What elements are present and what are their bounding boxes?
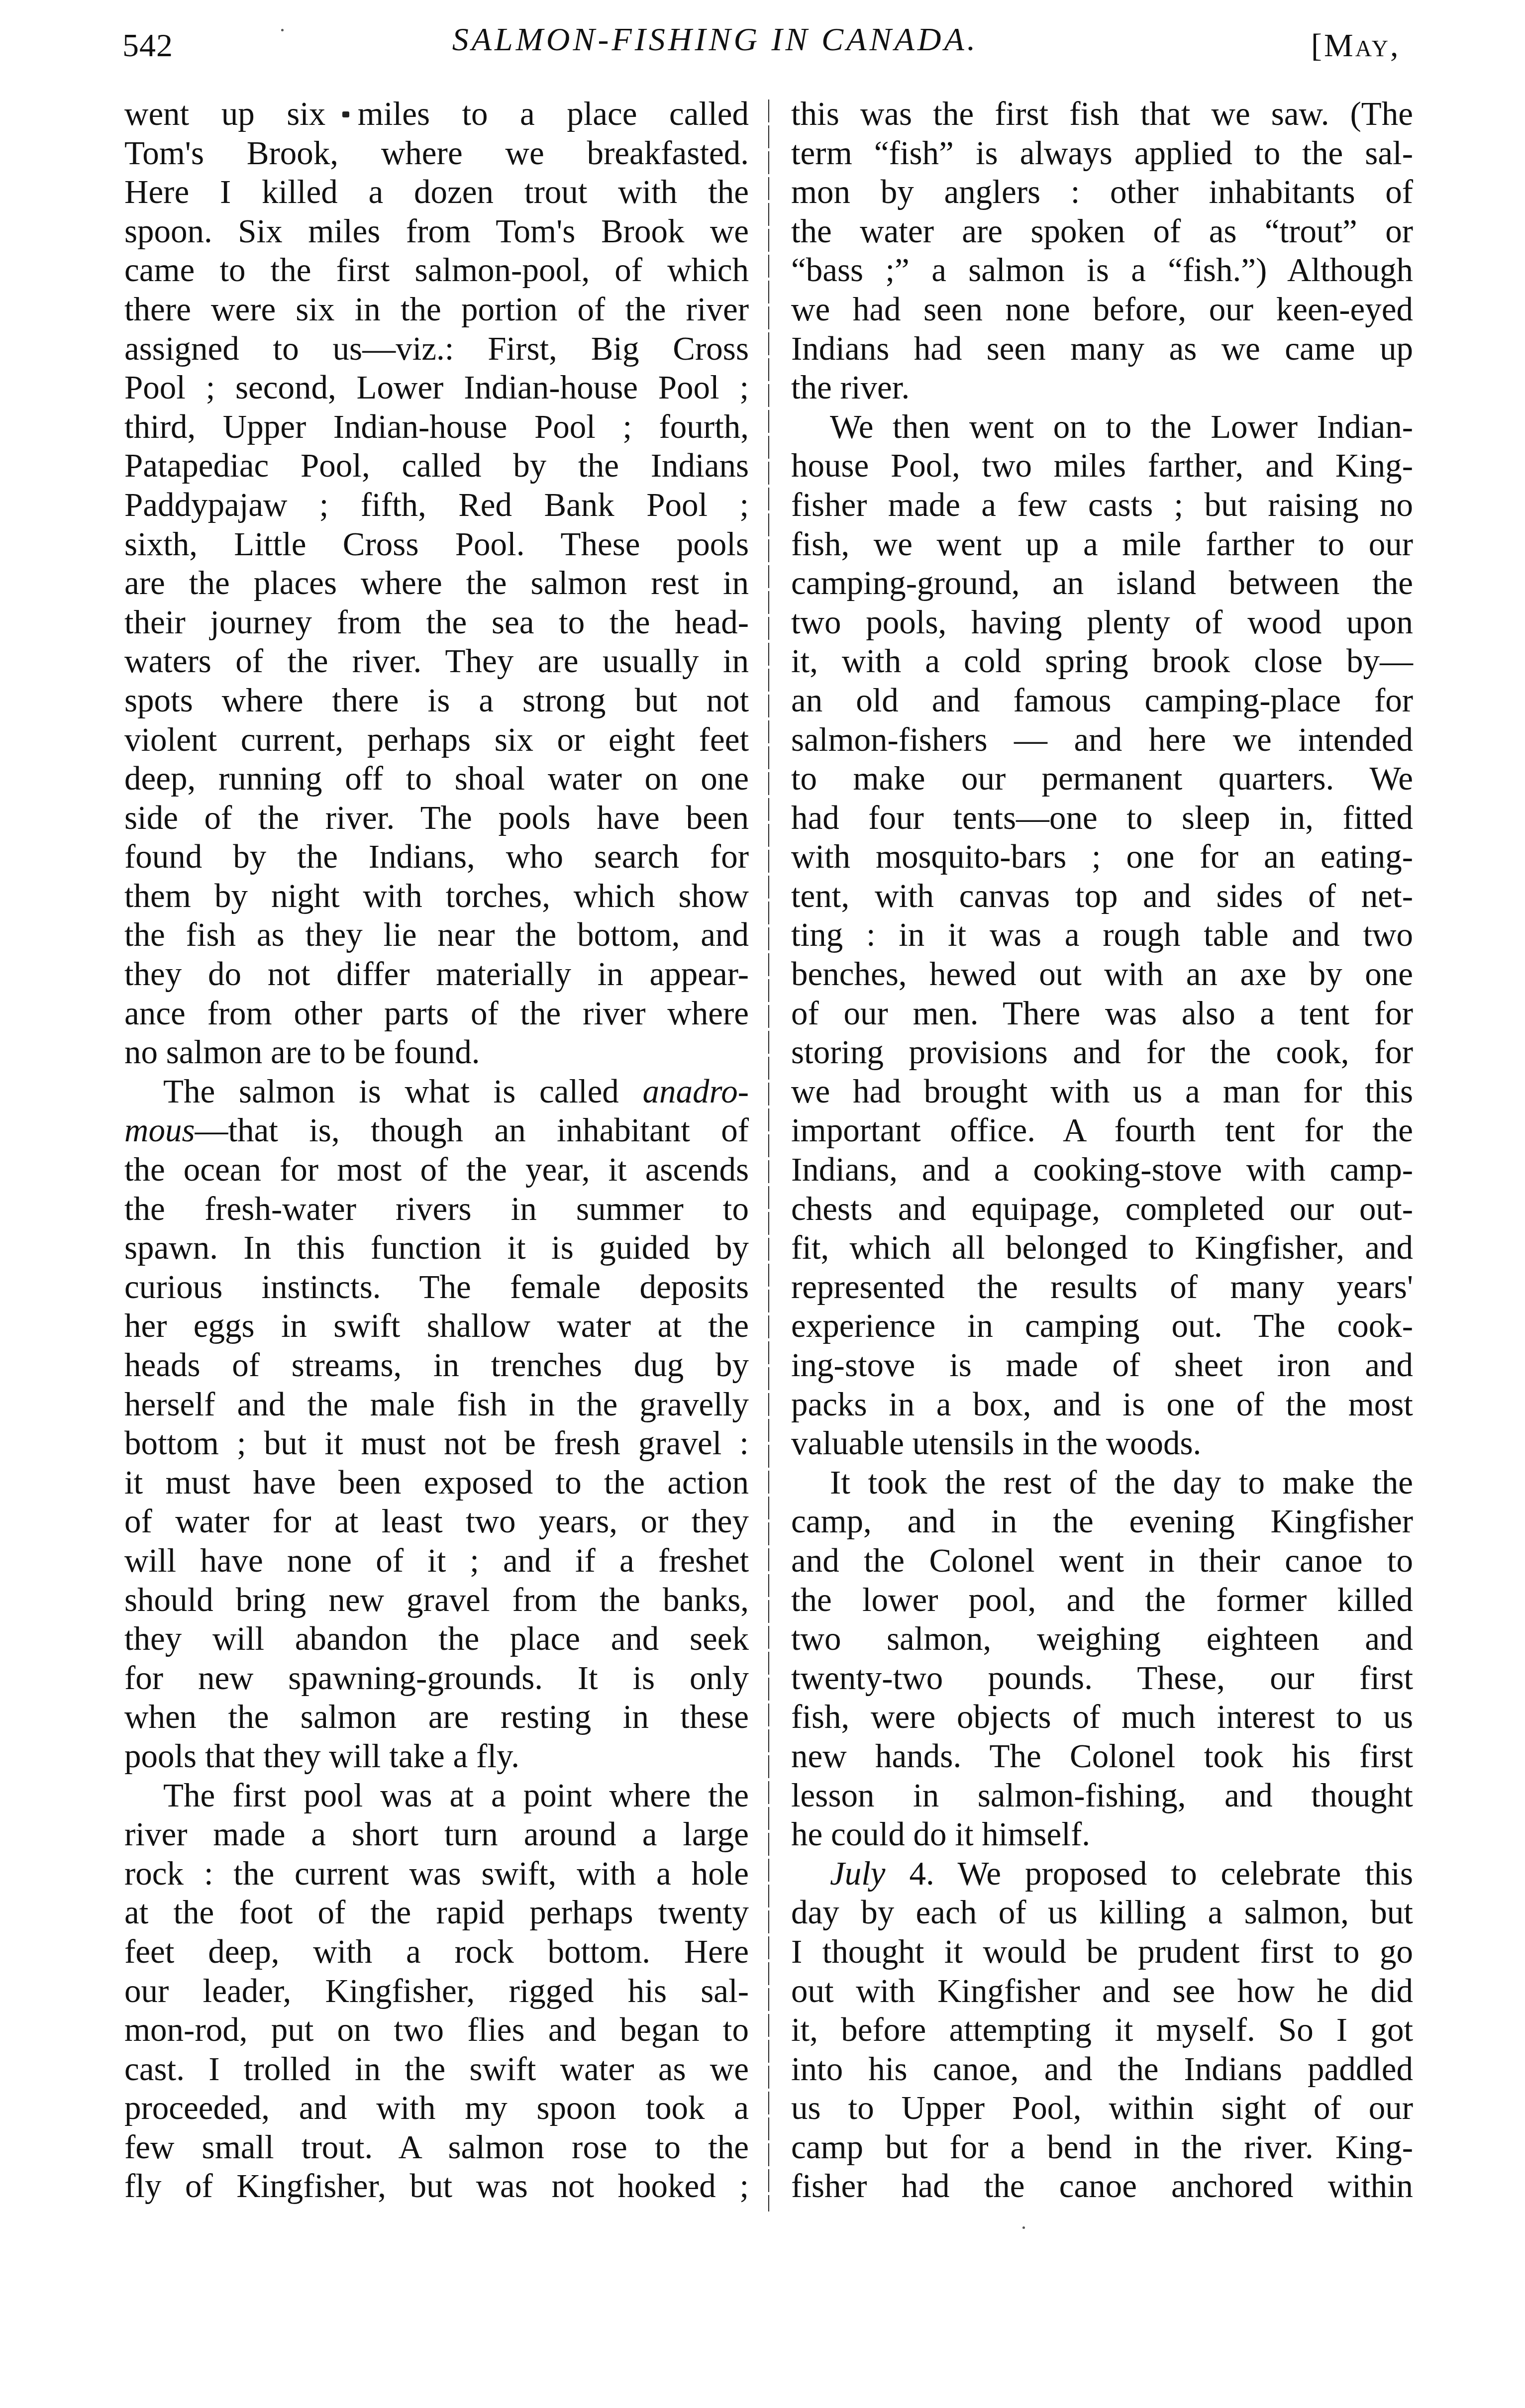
text-line: lesson in salmon-fishing, and thought bbox=[791, 1776, 1413, 1815]
text-line: The first pool was at a point where the bbox=[124, 1776, 749, 1815]
text-line: fisher had the canoe anchored within bbox=[791, 2167, 1413, 2206]
text-line: spoon. Six miles from Tom's Brook we bbox=[124, 212, 749, 251]
text-line: the ocean for most of the year, it ascen… bbox=[124, 1150, 749, 1190]
text-line: for new spawning-grounds. It is only bbox=[124, 1659, 749, 1698]
text-line: river made a short turn around a large bbox=[124, 1815, 749, 1854]
text-line: the river. bbox=[791, 368, 1413, 407]
text-line: herself and the male fish in the gravell… bbox=[124, 1385, 749, 1424]
text-line: house Pool, two miles farther, and King- bbox=[791, 446, 1413, 486]
text-line: will have none of it ; and if a freshet bbox=[124, 1541, 749, 1581]
text-line: waters of the river. They are usually in bbox=[124, 642, 749, 681]
text-line: experience in camping out. The cook- bbox=[791, 1306, 1413, 1346]
text-line: it, with a cold spring brook close by— bbox=[791, 642, 1413, 681]
text-line: we had seen none before, our keen-eyed bbox=[791, 290, 1413, 329]
text-line: no salmon are to be found. bbox=[124, 1033, 749, 1072]
text-line: Indians, and a cooking-stove with camp- bbox=[791, 1150, 1413, 1190]
text-line: when the salmon are resting in these bbox=[124, 1698, 749, 1737]
text-line: there were six in the portion of the riv… bbox=[124, 290, 749, 329]
text-line: into his canoe, and the Indians paddled bbox=[791, 2050, 1413, 2089]
text-line: an old and famous camping-place for bbox=[791, 681, 1413, 720]
text-line: camping-ground, an island between the bbox=[791, 564, 1413, 603]
month-tag: [May, bbox=[1311, 26, 1400, 66]
text-line: side of the river. The pools have been bbox=[124, 799, 749, 838]
text-line: July 4. We proposed to celebrate this bbox=[791, 1854, 1413, 1894]
text-line: of water for at least two years, or they bbox=[124, 1502, 749, 1541]
text-line: them by night with torches, which show bbox=[124, 877, 749, 916]
text-line: sixth, Little Cross Pool. These pools bbox=[124, 525, 749, 564]
left-column: went up six miles to a place calledTom's… bbox=[124, 95, 749, 2206]
text-line: important office. A fourth tent for the bbox=[791, 1111, 1413, 1150]
text-line: it must have been exposed to the action bbox=[124, 1463, 749, 1503]
text-line: their journey from the sea to the head- bbox=[124, 603, 749, 642]
text-line: fish, were objects of much interest to u… bbox=[791, 1698, 1413, 1737]
text-line: third, Upper Indian-house Pool ; fourth, bbox=[124, 407, 749, 447]
text-line: ting : in it was a rough table and two bbox=[791, 915, 1413, 955]
text-line: her eggs in swift shallow water at the bbox=[124, 1306, 749, 1346]
text-line: “bass ;” a salmon is a “fish.”) Although bbox=[791, 251, 1413, 290]
text-line: benches, hewed out with an axe by one bbox=[791, 955, 1413, 994]
text-line: the fresh-water rivers in summer to bbox=[124, 1190, 749, 1229]
text-line: assigned to us—viz.: First, Big Cross bbox=[124, 329, 749, 369]
text-line: at the foot of the rapid perhaps twenty bbox=[124, 1893, 749, 1932]
text-segment: 4. We proposed to celebrate this bbox=[886, 1855, 1413, 1892]
print-speck bbox=[1022, 2226, 1025, 2229]
text-line: we had brought with us a man for this bbox=[791, 1072, 1413, 1111]
text-line: The salmon is what is called anadro- bbox=[124, 1072, 749, 1111]
text-line: two salmon, weighing eighteen and bbox=[791, 1619, 1413, 1659]
text-line: mon-rod, put on two flies and began to bbox=[124, 2010, 749, 2050]
text-line: bottom ; but it must not be fresh gravel… bbox=[124, 1424, 749, 1463]
text-line: our leader, Kingfisher, rigged his sal- bbox=[124, 1972, 749, 2011]
text-line: chests and equipage, completed our out- bbox=[791, 1190, 1413, 1229]
text-line: they will abandon the place and seek bbox=[124, 1619, 749, 1659]
text-line: went up six miles to a place called bbox=[124, 95, 749, 134]
right-column: this was the first fish that we saw. (Th… bbox=[791, 95, 1413, 2206]
text-line: day by each of us killing a salmon, but bbox=[791, 1893, 1413, 1932]
text-line: twenty-two pounds. These, our first bbox=[791, 1659, 1413, 1698]
text-line: It took the rest of the day to make the bbox=[791, 1463, 1413, 1503]
text-line: spots where there is a strong but not bbox=[124, 681, 749, 720]
text-line: new hands. The Colonel took his first bbox=[791, 1737, 1413, 1776]
text-line: I thought it would be prudent first to g… bbox=[791, 1932, 1413, 1972]
text-line: Patapediac Pool, called by the Indians bbox=[124, 446, 749, 486]
text-line: deep, running off to shoal water on one bbox=[124, 759, 749, 799]
text-line: heads of streams, in trenches dug by bbox=[124, 1346, 749, 1385]
text-line: salmon-fishers — and here we intended bbox=[791, 720, 1413, 760]
text-line: proceeded, and with my spoon took a bbox=[124, 2089, 749, 2128]
text-line: are the places where the salmon rest in bbox=[124, 564, 749, 603]
ink-blot bbox=[342, 111, 349, 117]
text-segment: —that is, though an inhabitant of bbox=[195, 1112, 749, 1149]
text-line: fit, which all belonged to Kingfisher, a… bbox=[791, 1228, 1413, 1268]
text-line: Here I killed a dozen trout with the bbox=[124, 173, 749, 212]
text-line: he could do it himself. bbox=[791, 1815, 1413, 1854]
text-line: found by the Indians, who search for bbox=[124, 837, 749, 877]
text-line: should bring new gravel from the banks, bbox=[124, 1581, 749, 1620]
text-line: this was the first fish that we saw. (Th… bbox=[791, 95, 1413, 134]
text-line: fly of Kingfisher, but was not hooked ; bbox=[124, 2167, 749, 2206]
text-line: storing provisions and for the cook, for bbox=[791, 1033, 1413, 1072]
italic-term: anadro- bbox=[643, 1073, 749, 1110]
running-title-text: SALMON-FISHING IN CANADA. bbox=[452, 21, 978, 58]
text-line: mon by anglers : other inhabitants of bbox=[791, 173, 1413, 212]
text-line: Paddypajaw ; fifth, Red Bank Pool ; bbox=[124, 486, 749, 525]
text-line: feet deep, with a rock bottom. Here bbox=[124, 1932, 749, 1972]
text-line: valuable utensils in the woods. bbox=[791, 1424, 1413, 1463]
text-line: few small trout. A salmon rose to the bbox=[124, 2128, 749, 2167]
text-line: to make our permanent quarters. We bbox=[791, 759, 1413, 799]
text-line: the water are spoken of as “trout” or bbox=[791, 212, 1413, 251]
text-line: two pools, having plenty of wood upon bbox=[791, 603, 1413, 642]
text-line: camp, and in the evening Kingfisher bbox=[791, 1502, 1413, 1541]
text-line: out with Kingfisher and see how he did bbox=[791, 1972, 1413, 2011]
text-line: term “fish” is always applied to the sal… bbox=[791, 134, 1413, 173]
italic-date: July bbox=[830, 1855, 886, 1892]
text-line: and the Colonel went in their canoe to bbox=[791, 1541, 1413, 1581]
text-line: camp but for a bend in the river. King- bbox=[791, 2128, 1413, 2167]
text-line: the lower pool, and the former killed bbox=[791, 1581, 1413, 1620]
text-line: mous—that is, though an inhabitant of bbox=[124, 1111, 749, 1150]
text-line: Pool ; second, Lower Indian-house Pool ; bbox=[124, 368, 749, 407]
text-line: spawn. In this function it is guided by bbox=[124, 1228, 749, 1268]
text-line: curious instincts. The female deposits bbox=[124, 1268, 749, 1307]
text-line: came to the first salmon-pool, of which bbox=[124, 251, 749, 290]
text-line: of our men. There was also a tent for bbox=[791, 994, 1413, 1033]
text-line: it, before attempting it myself. So I go… bbox=[791, 2010, 1413, 2050]
text-line: Indians had seen many as we came up bbox=[791, 329, 1413, 369]
month-label: May, bbox=[1324, 27, 1400, 64]
text-line: violent current, perhaps six or eight fe… bbox=[124, 720, 749, 760]
text-line: represented the results of many years' bbox=[791, 1268, 1413, 1307]
text-line: with mosquito-bars ; one for an eating- bbox=[791, 837, 1413, 877]
text-line: had four tents—one to sleep in, fitted bbox=[791, 799, 1413, 838]
text-line: ance from other parts of the river where bbox=[124, 994, 749, 1033]
text-line: We then went on to the Lower Indian- bbox=[791, 407, 1413, 447]
running-title: SALMON-FISHING IN CANADA. bbox=[0, 20, 1525, 60]
text-line: rock : the current was swift, with a hol… bbox=[124, 1854, 749, 1894]
text-line: the fish as they lie near the bottom, an… bbox=[124, 915, 749, 955]
print-speck bbox=[281, 29, 284, 31]
text-line: fisher made a few casts ; but raising no bbox=[791, 486, 1413, 525]
text-segment: The salmon is what is called bbox=[163, 1073, 643, 1110]
text-line: packs in a box, and is one of the most bbox=[791, 1385, 1413, 1424]
text-line: tent, with canvas top and sides of net- bbox=[791, 877, 1413, 916]
text-line: they do not differ materially in appear- bbox=[124, 955, 749, 994]
text-line: us to Upper Pool, within sight of our bbox=[791, 2089, 1413, 2128]
month-bracket: [ bbox=[1311, 27, 1324, 64]
column-rule bbox=[768, 100, 769, 2211]
text-line: fish, we went up a mile farther to our bbox=[791, 525, 1413, 564]
text-line: pools that they will take a fly. bbox=[124, 1737, 749, 1776]
text-line: Tom's Brook, where we breakfasted. bbox=[124, 134, 749, 173]
italic-term: mous bbox=[124, 1112, 195, 1149]
text-line: cast. I trolled in the swift water as we bbox=[124, 2050, 749, 2089]
text-line: ing-stove is made of sheet iron and bbox=[791, 1346, 1413, 1385]
